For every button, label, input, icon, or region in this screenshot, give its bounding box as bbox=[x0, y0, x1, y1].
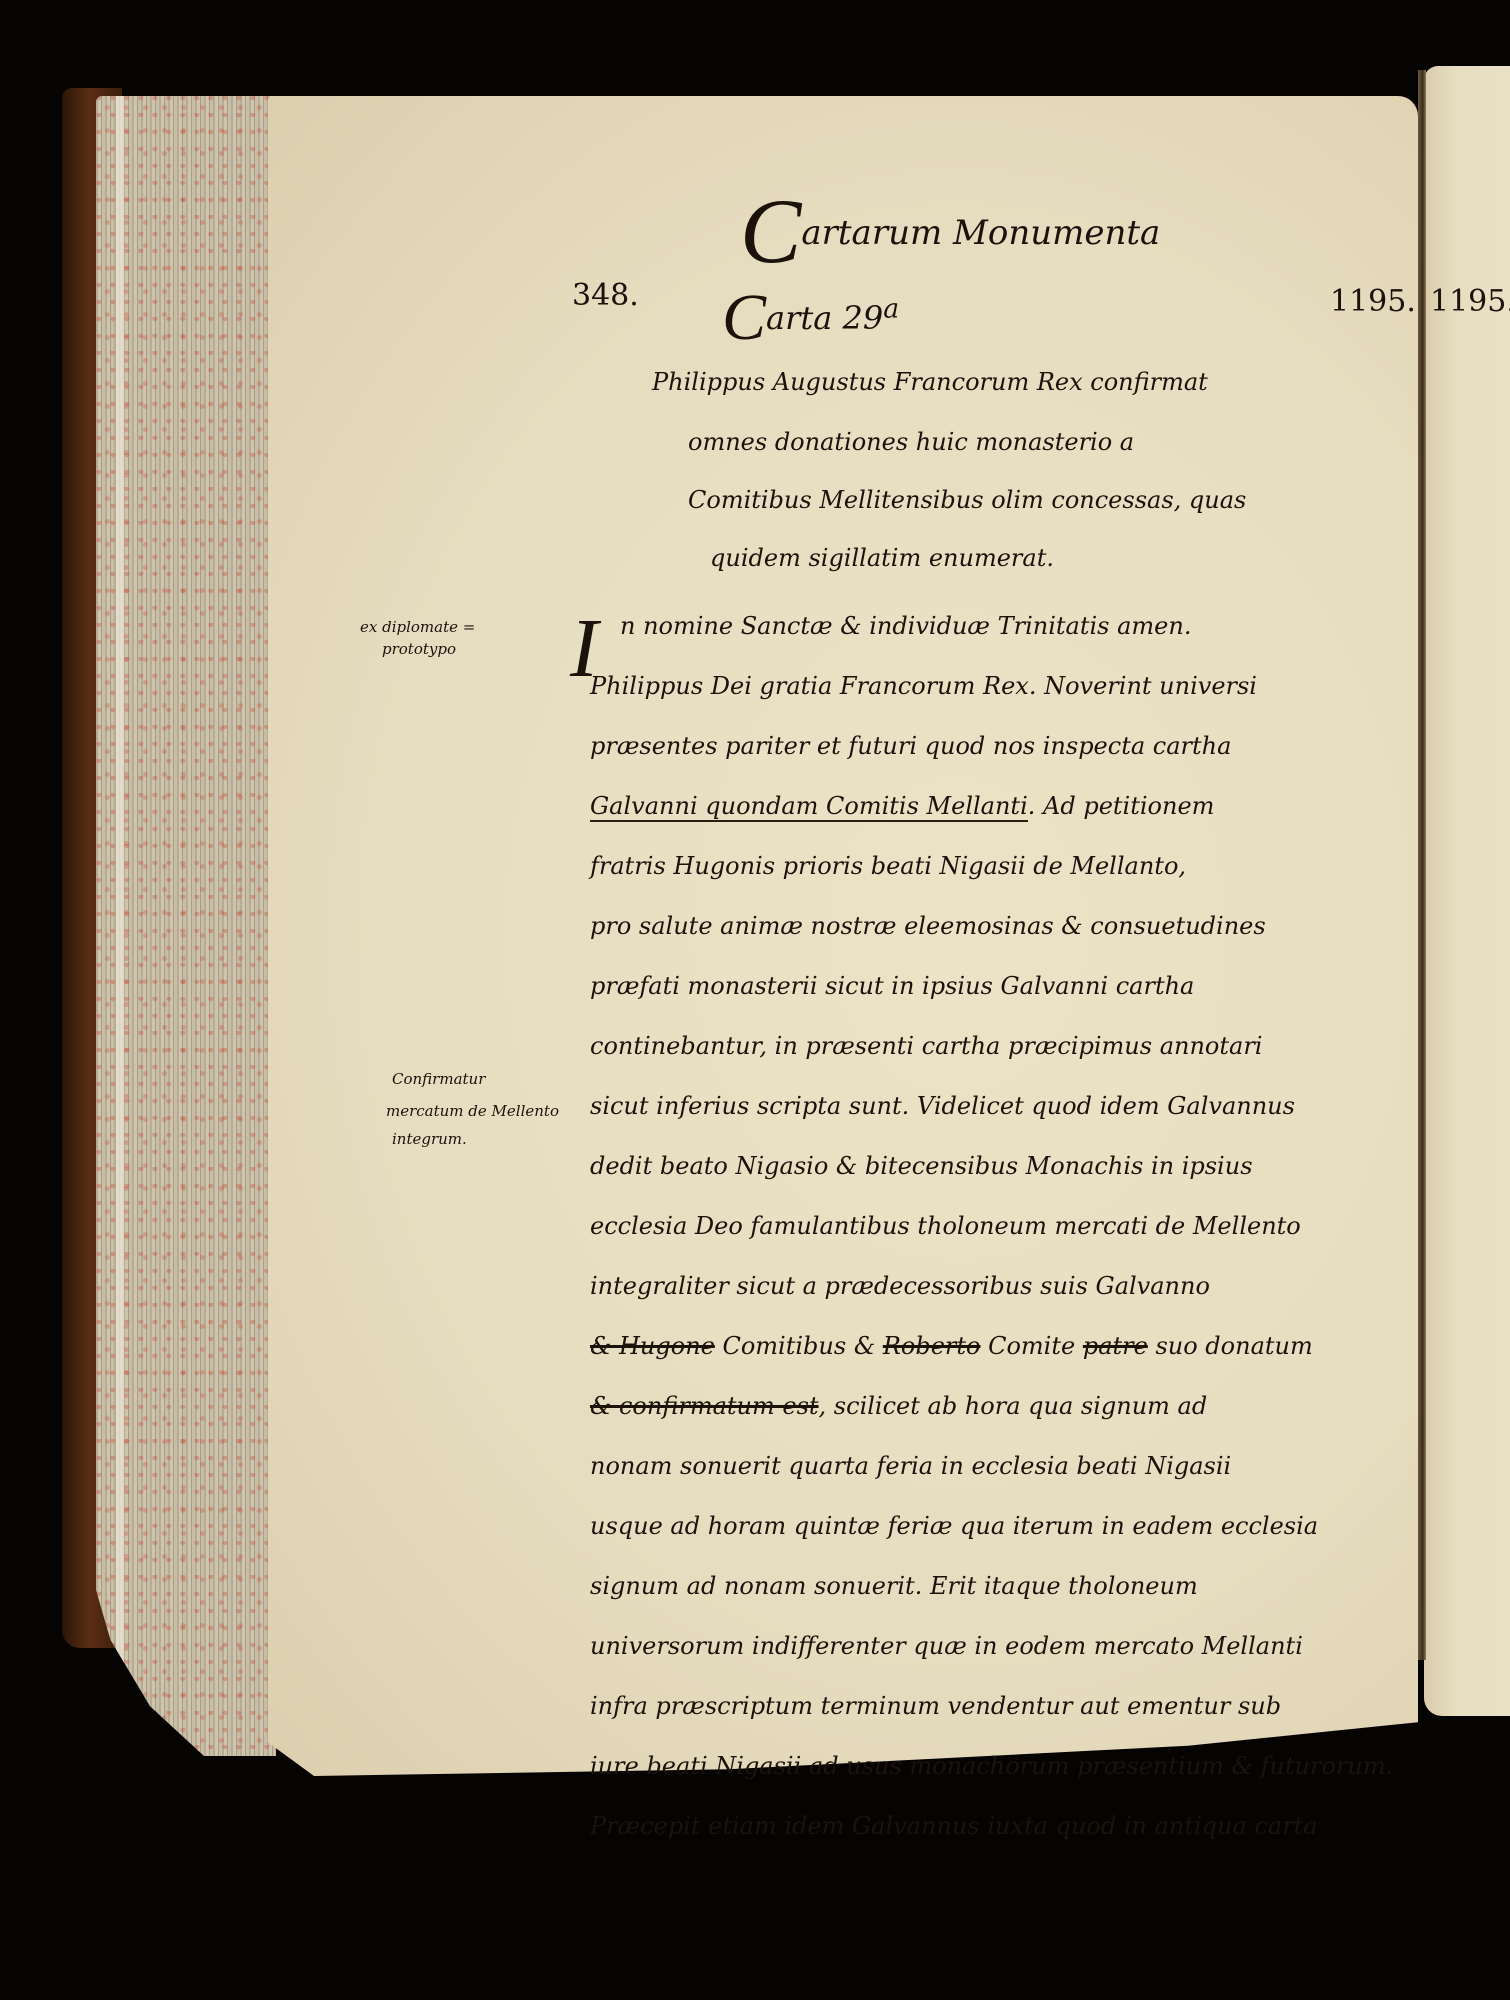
margin-note-line: mercatum de Mellento bbox=[386, 1102, 559, 1120]
body-line: n nomine Sanctæ & individuæ Trinitatis a… bbox=[620, 612, 1191, 640]
charter-heading-text: arta 29 bbox=[766, 299, 883, 337]
body-line-underlined: Galvanni quondam Comitis Mellanti. Ad pe… bbox=[590, 792, 1214, 820]
struck-text: patre bbox=[1083, 1332, 1148, 1360]
charter-heading-initial: C bbox=[722, 281, 766, 354]
margin-note-line: ex diplomate = bbox=[360, 618, 475, 636]
body-line-with-strikethrough: & confirmatum est, scilicet ab hora qua … bbox=[590, 1392, 1207, 1420]
body-line: iure beati Nigasii ad usus monachorum pr… bbox=[590, 1752, 1393, 1780]
body-line: pro salute animæ nostræ eleemosinas & co… bbox=[590, 912, 1266, 940]
page-edges-block bbox=[96, 96, 276, 1756]
margin-note-line: prototypo bbox=[360, 640, 475, 658]
charter-heading: Carta 29a bbox=[722, 270, 899, 346]
rubric-line: Comitibus Mellitensibus olim concessas, … bbox=[688, 486, 1246, 514]
charter-date: 1195. bbox=[1330, 284, 1416, 319]
rubric-line: Philippus Augustus Francorum Rex confirm… bbox=[652, 368, 1208, 396]
body-line: usque ad horam quintæ feriæ qua iterum i… bbox=[590, 1512, 1318, 1540]
body-line: ecclesia Deo famulantibus tholoneum merc… bbox=[590, 1212, 1301, 1240]
body-line: nonam sonuerit quarta feria in ecclesia … bbox=[590, 1452, 1231, 1480]
folio-number: 348. bbox=[572, 278, 639, 313]
book-gutter bbox=[1418, 70, 1426, 1660]
struck-text: & confirmatum est bbox=[590, 1392, 819, 1420]
margin-note-line: Confirmatur bbox=[392, 1070, 559, 1088]
margin-note-line: integrum. bbox=[392, 1130, 559, 1148]
body-line-with-strikethrough: & Hugone Comitibus & Roberto Comite patr… bbox=[590, 1332, 1313, 1360]
facing-page-date: 1195. bbox=[1430, 284, 1510, 319]
body-line: præsentes pariter et futuri quod nos ins… bbox=[590, 732, 1231, 760]
struck-text: & Hugone bbox=[590, 1332, 715, 1360]
rubric-line: omnes donationes huic monasterio a bbox=[688, 428, 1134, 456]
struck-text: Roberto bbox=[883, 1332, 981, 1360]
body-line: signum ad nonam sonuerit. Erit itaque th… bbox=[590, 1572, 1198, 1600]
margin-note-source: ex diplomate = prototypo bbox=[360, 618, 475, 658]
body-line: universorum indifferenter quæ in eodem m… bbox=[590, 1632, 1303, 1660]
margin-note-confirmation: Confirmatur mercatum de Mellento integru… bbox=[392, 1070, 559, 1148]
body-line: dedit beato Nigasio & bitecensibus Monac… bbox=[590, 1152, 1253, 1180]
body-line: infra præscriptum terminum vendentur aut… bbox=[590, 1692, 1281, 1720]
running-head-text: artarum Monumenta bbox=[801, 213, 1160, 253]
rubric-line: quidem sigillatim enumerat. bbox=[710, 544, 1054, 572]
body-line: præfati monasterii sicut in ipsius Galva… bbox=[590, 972, 1194, 1000]
body-line: continebantur, in præsenti cartha præcip… bbox=[590, 1032, 1262, 1060]
body-line: sicut inferius scripta sunt. Videlicet q… bbox=[590, 1092, 1295, 1120]
running-head-initial: C bbox=[740, 180, 801, 282]
charter-heading-superscript: a bbox=[883, 293, 899, 324]
body-line: Præcepit etiam idem Galvannus iuxta quod… bbox=[590, 1812, 1318, 1840]
body-line: Philippus Dei gratia Francorum Rex. Nove… bbox=[590, 672, 1257, 700]
body-line: integraliter sicut a prædecessoribus sui… bbox=[590, 1272, 1210, 1300]
body-line: fratris Hugonis prioris beati Nigasii de… bbox=[590, 852, 1186, 880]
underlined-phrase: Galvanni quondam Comitis Mellanti bbox=[590, 792, 1028, 822]
running-head: Cartarum Monumenta bbox=[740, 160, 1160, 266]
